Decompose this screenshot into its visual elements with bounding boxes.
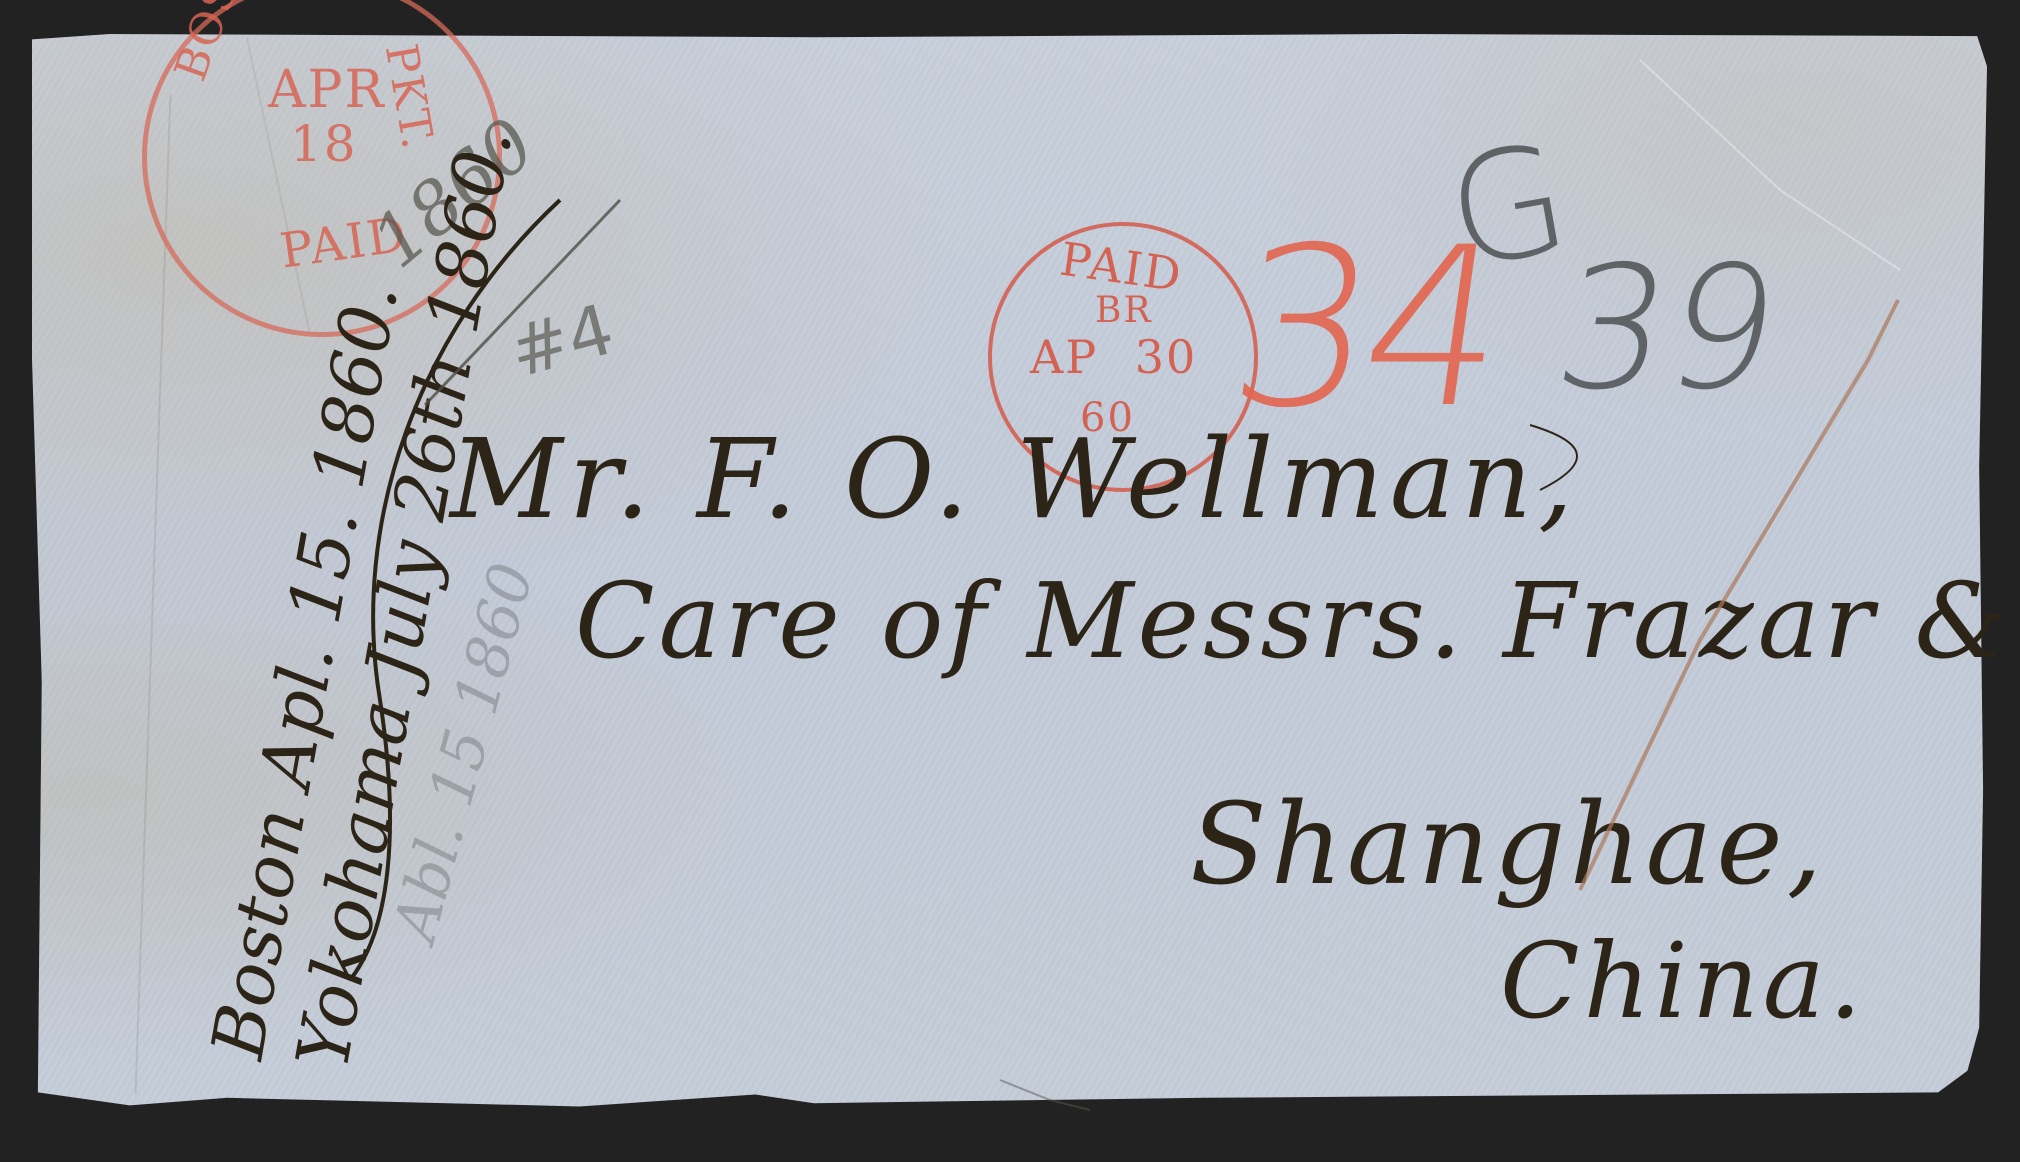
paper-crease-line <box>1640 60 1900 270</box>
ink-underline-flourish <box>1530 425 1577 490</box>
pen-strokes <box>0 0 2020 1162</box>
paper-tear-line <box>1000 1080 1090 1110</box>
red-crayon-slash <box>1580 300 1898 890</box>
pencil-underline <box>425 200 620 405</box>
ink-flourish <box>350 200 560 980</box>
markings-layer: APR 18 PAID BOS PKT. PAID BR AP 30 60 34… <box>0 0 2020 1162</box>
